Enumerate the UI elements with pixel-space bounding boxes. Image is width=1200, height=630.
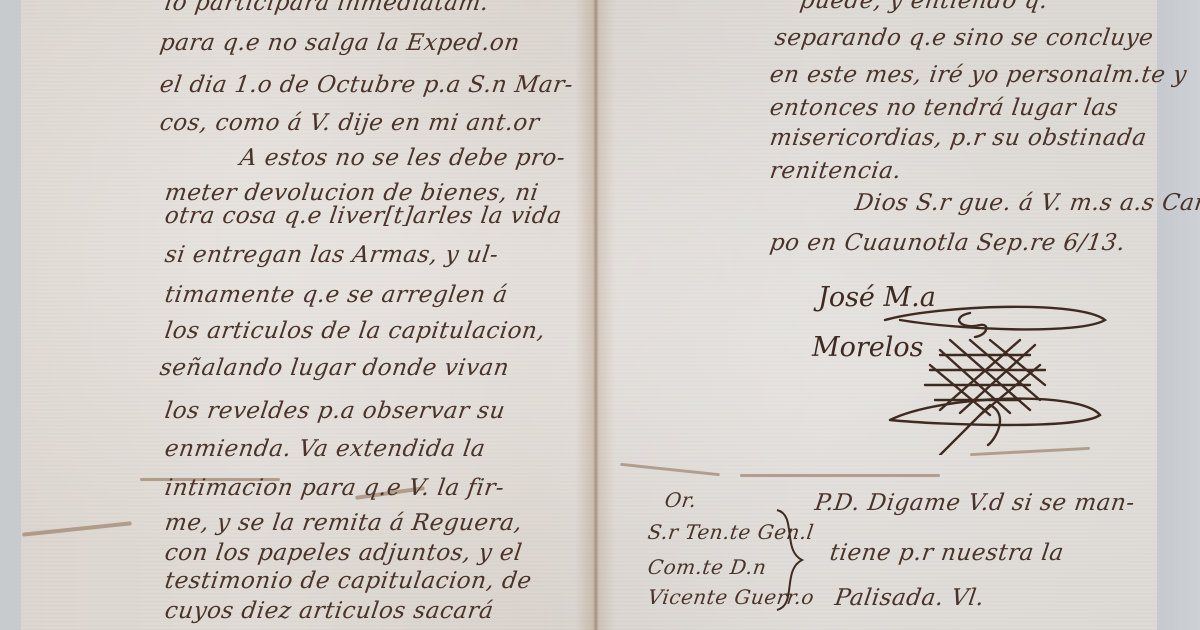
- backing-board-left: [0, 0, 22, 630]
- manuscript-line: para q.e no salga la Exped.on: [158, 30, 521, 56]
- postscript-line: Palisada. Vl.: [833, 585, 986, 611]
- manuscript-line: el dia 1.o de Octubre p.a S.n Mar-: [158, 72, 575, 98]
- manuscript-line: testimonio de capitulacion, de: [163, 568, 533, 594]
- manuscript-line: si entregan las Armas, y ul-: [163, 242, 500, 268]
- water-stain: [740, 474, 940, 477]
- manuscript-line: misericordias, p.r su obstinada: [768, 125, 1148, 151]
- manuscript-line: timamente q.e se arreglen á: [163, 282, 509, 308]
- manuscript-line: puede, y entiendo q.: [798, 0, 1049, 14]
- manuscript-line: los articulos de la capitulacion,: [163, 318, 547, 344]
- signature-rubric-icon: [880, 295, 1110, 455]
- manuscript-line: A estos no se les debe pro-: [238, 145, 567, 171]
- addressee-line: Com.te D.n: [646, 555, 768, 579]
- manuscript-line: los reveldes p.a observar su: [163, 398, 507, 424]
- postscript-line: P.D. Digame V.d si se man-: [813, 490, 1136, 516]
- manuscript-line: otra cosa q.e liver[t]arles la vida: [163, 203, 563, 229]
- brace-icon: [772, 505, 812, 615]
- addressee-line: Or.: [663, 488, 698, 512]
- manuscript-line: lo participará inmediatam.: [163, 0, 490, 16]
- manuscript-line: enmienda. Va extendida la: [163, 436, 487, 462]
- manuscript-line: entonces no tendrá lugar las: [768, 95, 1120, 121]
- center-fold: [575, 0, 615, 630]
- manuscript-line: en este mes, iré yo personalm.te y: [768, 62, 1188, 88]
- manuscript-line: po en Cuaunotla Sep.re 6/13.: [768, 230, 1127, 256]
- manuscript-line: intimacion para q.e V. la fir-: [163, 475, 506, 501]
- postscript-line: tiene p.r nuestra la: [828, 540, 1065, 566]
- manuscript-line: renitencia.: [768, 158, 903, 184]
- manuscript-line: señalando lugar donde vivan: [158, 355, 511, 381]
- manuscript-line: me, y se la remita á Reguera,: [163, 510, 524, 536]
- manuscript-line: Dios S.r gue. á V. m.s a.s Cam-: [853, 190, 1200, 216]
- backing-board-right: [1152, 0, 1200, 630]
- manuscript-line: con los papeles adjuntos, y el: [163, 540, 524, 566]
- manuscript-line: separando q.e sino se concluye: [773, 25, 1155, 51]
- manuscript-line: cos, como á V. dije en mi ant.or: [158, 110, 541, 136]
- manuscript-line: cuyos diez articulos sacará: [163, 598, 495, 624]
